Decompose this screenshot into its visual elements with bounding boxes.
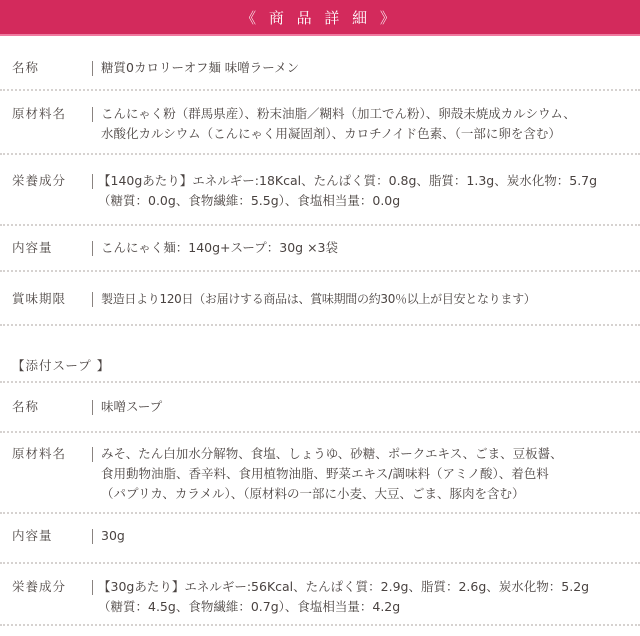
spec-label: 賞味期限 (12, 289, 66, 309)
separator-bar (92, 241, 93, 256)
spec-value-line: （糖質：4.5g、食物繊維：0.7g）、食塩相当量：4.2g (98, 597, 628, 617)
separator-bar (92, 580, 93, 595)
dotted-divider (0, 270, 640, 272)
spec-label: 名称 (12, 397, 39, 417)
spec-value: 30g (101, 526, 631, 546)
dotted-divider (0, 431, 640, 433)
spec-value: こんにゃく粉（群馬県産）、粉末油脂／糊料（加工でん粉）、卵殻未焼成カルシウム、 … (101, 104, 631, 144)
separator-bar (92, 447, 93, 462)
separator-bar (92, 400, 93, 415)
spec-value-line: 水酸化カルシウム（こんにゃく用凝固剤）、カロチノイド色素、（一部に卵を含む） (101, 124, 631, 144)
spec-value: 【30gあたり】エネルギー:56Kcal、たんぱく質：2.9g、脂質：2.6g、… (98, 577, 628, 617)
separator-bar (92, 107, 93, 122)
dotted-divider (0, 89, 640, 91)
spec-label: 原材料名 (12, 104, 66, 124)
section-title-soup: 【添付スープ 】 (12, 356, 110, 374)
spec-value: 【140gあたり】エネルギー:18Kcal、たんぱく質：0.8g、脂質：1.3g… (98, 171, 628, 211)
dotted-divider (0, 624, 640, 626)
spec-label: 内容量 (12, 238, 53, 258)
spec-value-line: 【140gあたり】エネルギー:18Kcal、たんぱく質：0.8g、脂質：1.3g… (98, 171, 628, 191)
dotted-divider (0, 562, 640, 564)
spec-value: こんにゃく麺：140g+スープ：30g ×3袋 (101, 238, 631, 258)
spec-value: 味噌スープ (101, 397, 631, 417)
separator-bar (92, 61, 93, 76)
dotted-divider (0, 512, 640, 514)
spec-value: 製造日より120日（お届けする商品は、賞味期間の約30％以上が目安となります） (101, 289, 631, 309)
spec-value-line: （糖質：0.0g、食物繊維：5.5g）、食塩相当量：0.0g (98, 191, 628, 211)
separator-bar (92, 292, 93, 307)
dotted-divider (0, 381, 640, 383)
spec-value: みそ、たん白加水分解物、食塩、しょうゆ、砂糖、ポークエキス、ごま、豆板醤、 食用… (101, 444, 631, 504)
dotted-divider (0, 153, 640, 155)
spec-value: 糖質0カロリーオフ麺 味噌ラーメン (101, 58, 631, 78)
spec-value-line: （パプリカ、カラメル）、（原材料の一部に小麦、大豆、ごま、豚肉を含む） (101, 484, 631, 504)
spec-label: 原材料名 (12, 444, 66, 464)
separator-bar (92, 529, 93, 544)
dotted-divider (0, 224, 640, 226)
spec-value-line: こんにゃく粉（群馬県産）、粉末油脂／糊料（加工でん粉）、卵殻未焼成カルシウム、 (101, 104, 631, 124)
spec-label: 栄養成分 (12, 171, 66, 191)
header-title: 《 商 品 詳 細 》 (241, 7, 399, 28)
separator-bar (92, 174, 93, 189)
spec-label: 栄養成分 (12, 577, 66, 597)
spec-label: 内容量 (12, 526, 53, 546)
spec-value-line: 食用動物油脂、香辛料、食用植物油脂、野菜エキス/調味料（アミノ酸）、着色料 (101, 464, 631, 484)
spec-value-line: 【30gあたり】エネルギー:56Kcal、たんぱく質：2.9g、脂質：2.6g、… (98, 577, 628, 597)
dotted-divider (0, 324, 640, 326)
product-details-header: 《 商 品 詳 細 》 (0, 0, 640, 36)
spec-value-line: みそ、たん白加水分解物、食塩、しょうゆ、砂糖、ポークエキス、ごま、豆板醤、 (101, 444, 631, 464)
spec-label: 名称 (12, 58, 39, 78)
